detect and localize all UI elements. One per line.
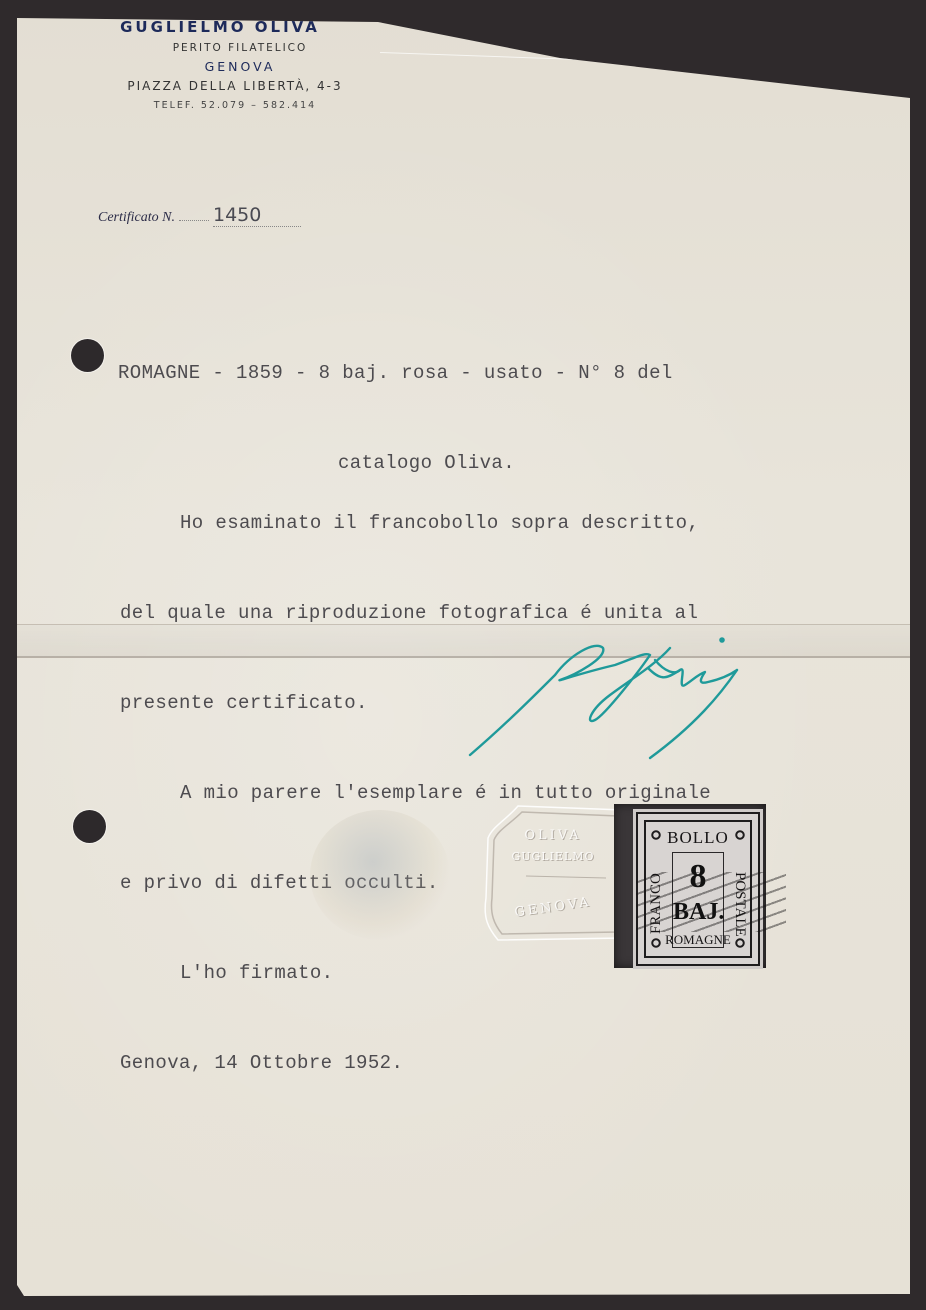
seal-outline-icon: [478, 798, 628, 948]
letterhead-name: GUGLIELMO OLIVA: [40, 18, 400, 36]
letterhead-telephone: TELEF. 52.079 – 582.414: [70, 100, 400, 111]
paper-stain: [310, 810, 450, 940]
postage-stamp: BOLLO FRANCO POSTALE 8 BAJ. ROMAGNE: [636, 812, 760, 966]
tear-crease: [380, 52, 590, 60]
letterhead: GUGLIELMO OLIVA PERITO FILATELICO GENOVA…: [80, 18, 400, 111]
stamp-frame: BOLLO FRANCO POSTALE 8 BAJ. ROMAGNE: [644, 820, 752, 958]
cancellation-mark: [636, 872, 786, 932]
place-date: Genova, 14 Ottobre 1952.: [120, 1048, 711, 1078]
signature: [465, 630, 765, 760]
seal-text-guglielmo: GUGLIELMO: [478, 850, 628, 863]
stamp-photograph: BOLLO FRANCO POSTALE 8 BAJ. ROMAGNE: [614, 804, 766, 968]
certificate-number-row: Certificato N. 1450: [98, 204, 301, 227]
letterhead-title: PERITO FILATELICO: [80, 42, 400, 54]
letterhead-city: GENOVA: [80, 59, 400, 74]
punch-hole-top: [71, 339, 104, 372]
stamp-text-romagne: ROMAGNE: [646, 932, 750, 948]
punch-hole-bottom: [73, 810, 106, 843]
certificate-body: Ho esaminato il francobollo sopra descri…: [120, 448, 711, 1138]
body-line: del quale una riproduzione fotografica é…: [120, 598, 711, 628]
description-line-1: ROMAGNE - 1859 - 8 baj. rosa - usato - N…: [118, 358, 673, 388]
letterhead-address: PIAZZA DELLA LIBERTÀ, 4-3: [70, 79, 400, 93]
certificate-label: Certificato N.: [98, 210, 175, 226]
certificate-number: 1450: [213, 204, 301, 227]
dotted-leader: [179, 220, 209, 221]
embossed-seal: OLIVA GUGLIELMO GENOVA: [478, 798, 628, 948]
certificate-paper: GUGLIELMO OLIVA PERITO FILATELICO GENOVA…: [0, 0, 926, 1310]
seal-text-oliva: OLIVA: [478, 828, 628, 843]
stamp-text-bollo: BOLLO: [646, 828, 750, 848]
body-line: Ho esaminato il francobollo sopra descri…: [120, 508, 711, 538]
